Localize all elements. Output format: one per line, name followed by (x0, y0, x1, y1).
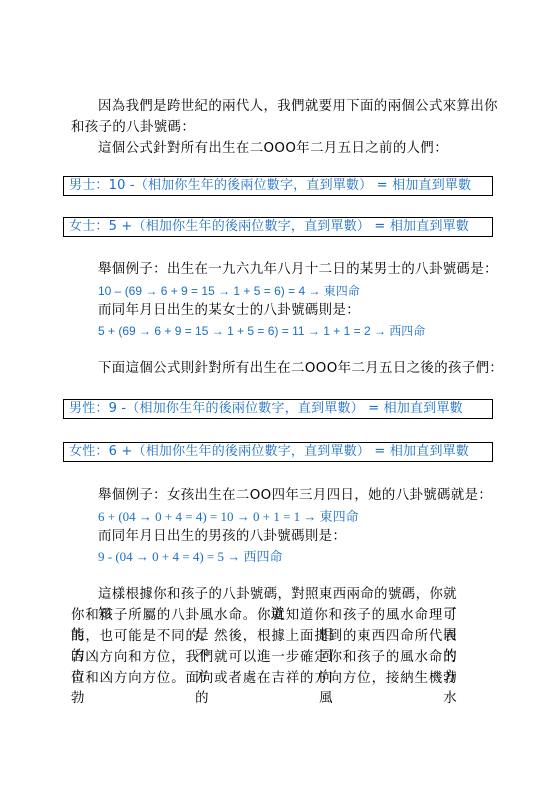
intro-line-3: 這個公式針對所有出生在二OOO年二月五日之前的人們： (98, 139, 448, 159)
example-1-female-heading: 而同年月日出生的某女士的八卦號碼則是： (98, 301, 360, 321)
example-1-heading: 舉個例子：出生在一九六九年八月十二日的某男士的八卦號碼是： (98, 260, 498, 280)
example-2-heading: 舉個例子：女孩出生在二OO四年三月四日，她的八卦號碼就是： (98, 486, 492, 506)
intro-line-1: 因為我們是跨世紀的兩代人，我們就要用下面的兩個公式來算出你 (98, 97, 498, 117)
formula-box-female-after-2000: 女性：6 +（相加你生年的後兩位數字，直到單數） = 相加直到單數 (63, 442, 493, 462)
intro-line-2: 和孩子的八卦號碼： (71, 118, 195, 138)
example-1-male-calc: 10 – (69 → 6 + 9 = 15 → 1 + 5 = 6) = 4 →… (98, 281, 360, 301)
after-2000-heading: 下面這個公式則針對所有出生在二OOO年二月五日之後的孩子們： (98, 359, 503, 379)
document-page: 因為我們是跨世紀的兩代人，我們就要用下面的兩個公式來算出你 和孩子的八卦號碼： … (0, 0, 559, 794)
formula-female-after-2000: 女性：6 +（相加你生年的後兩位數字，直到單數） = 相加直到單數 (69, 442, 469, 462)
formula-male-before-2000: 男士：10 -（相加你生年的後兩位數字，直到單數） = 相加直到單數 (69, 176, 471, 196)
formula-box-female-before-2000: 女士：5 +（相加你生年的後兩位數字，直到單數） = 相加直到單數 (63, 217, 493, 237)
example-2-female-calc: 6 + (04 → 0 + 4 = 4) = 10 → 0 + 1 = 1 → … (98, 507, 359, 527)
formula-male-after-2000: 男性：9 -（相加你生年的後兩位數字，直到單數） = 相加直到單數 (69, 399, 463, 419)
formula-female-before-2000: 女士：5 +（相加你生年的後兩位數字，直到單數） = 相加直到單數 (69, 217, 469, 237)
formula-box-male-after-2000: 男性：9 -（相加你生年的後兩位數字，直到單數） = 相加直到單數 (63, 399, 493, 419)
formula-box-male-before-2000: 男士：10 -（相加你生年的後兩位數字，直到單數） = 相加直到單數 (63, 176, 493, 196)
conclusion-line-5: 位和凶方向方位。面向或者處在吉祥的方向方位，接納生機勃勃的風水 (71, 669, 457, 709)
example-1-female-calc: 5 + (69 → 6 + 9 = 15 → 1 + 5 = 6) = 11 →… (98, 321, 425, 341)
example-2-male-calc: 9 - (04 → 0 + 4 = 4) = 5 → 西四命 (98, 547, 282, 567)
example-2-male-heading: 而同年月日出生的男孩的八卦號碼則是： (98, 527, 346, 547)
